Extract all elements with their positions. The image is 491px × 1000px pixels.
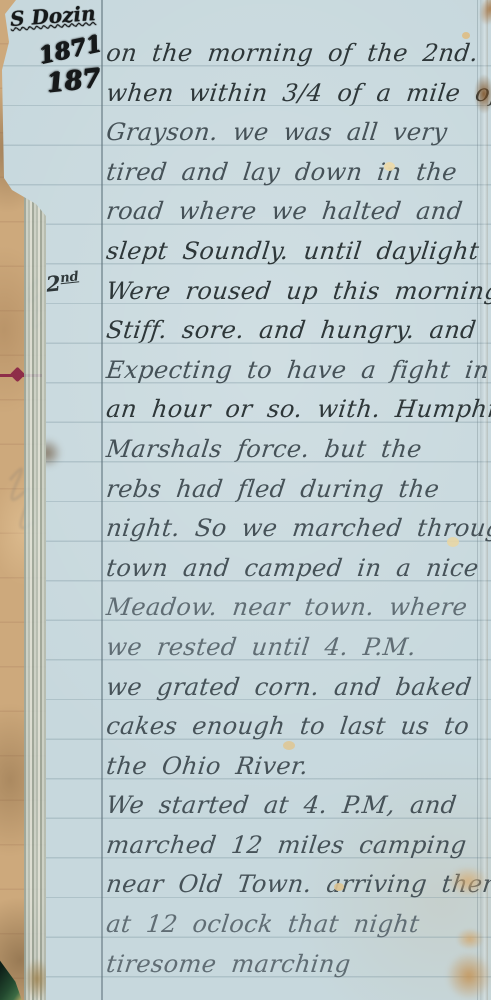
journal-line: slept Soundly. until daylight [104,232,489,272]
stain [384,162,395,171]
scribble-signature: S Dozin [9,3,96,29]
scribble-mark-2: 187 [45,65,102,97]
journal-line: when within 3/4 of a mile of [104,74,489,114]
stain [456,928,484,950]
journal-line: Marshals force. but the [104,430,489,470]
journal-line: the Ohio River. [104,747,489,787]
journal-line: Stiff. sore. and hungry. and [104,311,489,351]
journal-line: marched 12 miles camping [104,826,489,866]
journal-line: on the morning of the 2nd. [104,34,489,74]
journal-line: we grated corn. and baked [104,668,489,708]
journal-line: an hour or so. with. Humphry [104,390,489,430]
journal-line: tired and lay down in the [104,153,489,193]
journal-line: Grayson. we was all very [104,113,489,153]
journal-line: we rested until 4. P.M. [104,628,489,668]
stain [474,74,491,114]
journal-line: Meadow. near town. where [104,588,489,628]
journal-line: Were roused up this morning [104,272,489,312]
stain [447,537,459,547]
journal-line: We started at 4. P.M, and [104,786,489,826]
corner-scribble: S Dozin 1871 187 [10,6,96,26]
journal-line: rebs had fled during the [104,470,489,510]
journal-line: Expecting to have a fight in [104,351,489,391]
journal-lines: on the morning of the 2nd.when within 3/… [104,34,484,984]
stain [334,883,344,891]
margin-date-suffix: nd [59,269,79,286]
diary-page-scan: S Dozin 1871 187 2nd on the morning of t… [0,0,491,1000]
journal-line: tiresome marching [104,945,489,985]
stain [448,866,488,896]
margin-date-note: 2nd [45,270,80,294]
diary-page: S Dozin 1871 187 2nd on the morning of t… [0,0,491,1000]
stain [283,741,295,750]
journal-line: road where we halted and [104,192,489,232]
stain [462,32,470,39]
stacked-page-edges [24,196,48,1000]
left-margin-line [101,0,103,1000]
journal-line: at 12 oclock that night [104,905,489,945]
stain [446,952,491,1000]
journal-line: cakes enough to last us to [104,707,489,747]
journal-line: near Old Town. arriving there [104,865,489,905]
journal-line: night. So we marched through [104,509,489,549]
journal-line: town and camped in a nice [104,549,489,589]
